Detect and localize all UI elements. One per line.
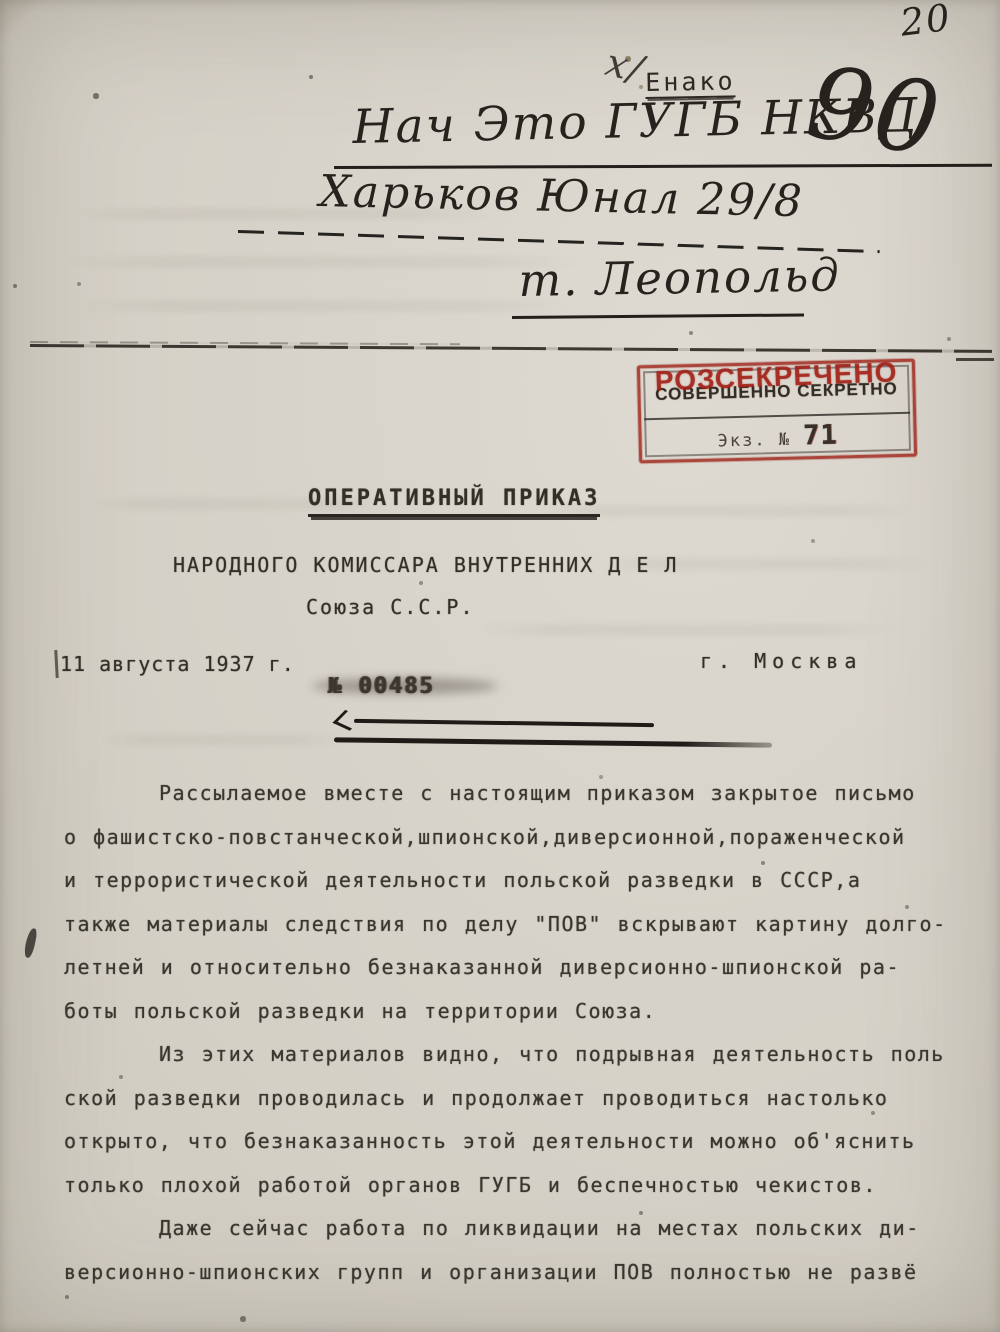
body-line: Даже сейчас работа по ликвидации на мест…: [64, 1207, 969, 1251]
body-line: также материалы следствия по делу "ПОВ" …: [64, 903, 969, 947]
scan-bracket-artifact: [54, 650, 58, 678]
body-line: и террористической деятельности польской…: [64, 859, 969, 903]
margin-ink-blot: [23, 927, 38, 958]
body-line: Рассылаемое вместе с настоящим приказом …: [64, 772, 969, 816]
body-line: ской разведки проводилась и продолжает п…: [64, 1077, 969, 1121]
copy-number-label: Экз. №: [717, 430, 791, 452]
body-line: боты польской разведки на территории Сою…: [64, 990, 969, 1034]
order-union-line: Союза С.С.Р.: [306, 595, 475, 619]
order-date: 11 августа 1937 г.: [60, 652, 295, 676]
order-subtitle: НАРОДНОГО КОМИССАРА ВНУТРЕННИХ Д Е Л: [173, 553, 678, 577]
order-title: ОПЕРАТИВНЫЙ ПРИКАЗ: [308, 486, 600, 517]
bleedthrough-streak: [480, 624, 900, 636]
bleedthrough-streak: [75, 300, 575, 312]
pen-underline-stroke: [334, 737, 772, 747]
body-line: о фашистско-повстанческой,шпионской,диве…: [64, 816, 969, 860]
stamp-block: РОЗСЕКРЕЧЕНО СОВЕРШЕННО СЕКРЕТНО Экз. № …: [637, 359, 917, 464]
copy-number-value: 71: [803, 420, 838, 452]
body-line: открыто, что безнаказанность этой деятел…: [64, 1120, 969, 1164]
order-number: № 00485: [328, 674, 435, 699]
bleedthrough-streak: [100, 734, 350, 746]
pen-underline-arrow: [354, 719, 654, 727]
copy-number-row: Экз. № 71: [641, 418, 914, 456]
order-city: г. Москва: [700, 649, 862, 673]
scanned-document-page: 20 х/ Енако 90 Нач Это ГУГБ НКВД Харьков…: [0, 0, 1000, 1332]
handwritten-underline-3: [512, 313, 804, 319]
body-line: версионно-шпионских групп и организации …: [64, 1251, 969, 1295]
ink-speckles: [0, 0, 2, 2]
bleedthrough-streak: [62, 256, 582, 268]
handwritten-check-mark: х/: [601, 40, 649, 92]
order-body-text: Рассылаемое вместе с настоящим приказом …: [64, 772, 969, 1294]
body-line: летней и относительно безнаказанной диве…: [64, 946, 969, 990]
body-line: Из этих материалов видно, что подрывная …: [64, 1033, 969, 1077]
body-line: только плохой работой органов ГУГБ и бес…: [64, 1164, 969, 1208]
handwritten-page-number: 20: [898, 0, 954, 45]
separator-end-tick: [956, 358, 994, 361]
handwritten-note-line-2: Харьков Юнал 29/8: [319, 166, 805, 227]
scan-corner-shade: [0, 0, 50, 52]
horizontal-separator-line: [30, 344, 992, 353]
stamp-divider-line: [644, 412, 910, 420]
handwritten-note-line-3: т. Леопольд: [518, 248, 841, 307]
